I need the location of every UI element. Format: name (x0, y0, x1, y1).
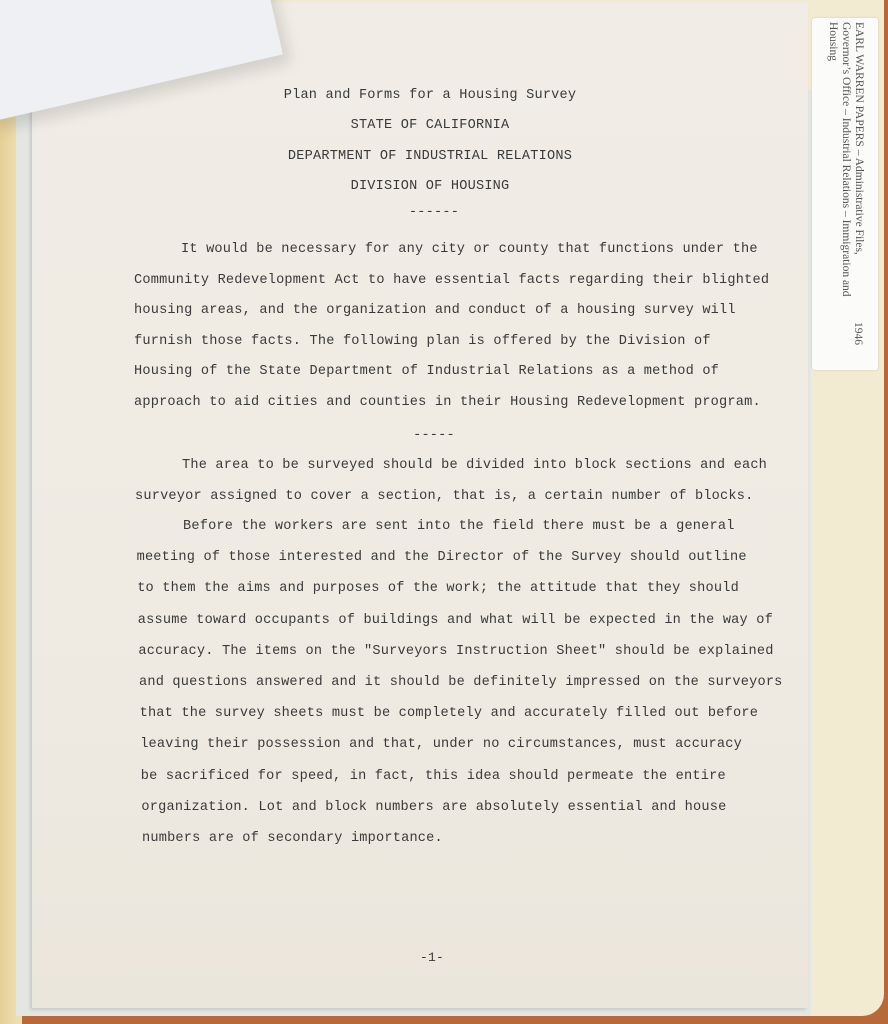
text-line: The area to be surveyed should be divide… (182, 458, 767, 473)
text-line: leaving their possession and that, under… (140, 737, 742, 752)
text-line: approach to aid cities and counties in t… (134, 395, 761, 410)
archive-id: F3640:2296 (865, 22, 888, 78)
text-line: Community Redevelopment Act to have esse… (134, 273, 769, 288)
text-line: accuracy. The items on the "Surveyors In… (138, 644, 773, 659)
agency-line-state: STATE OF CALIFORNIA (0, 118, 860, 133)
page-number: -1- (420, 950, 444, 965)
separator: ------ (4, 205, 864, 220)
document-title: Plan and Forms for a Housing Survey (0, 88, 860, 103)
text-line: Housing of the State Department of Indus… (134, 364, 719, 379)
text-line: to them the aims and purposes of the wor… (137, 581, 739, 596)
text-line: numbers are of secondary importance. (142, 831, 443, 846)
text-line: furnish those facts. The following plan … (134, 334, 711, 349)
text-line: surveyor assigned to cover a section, th… (135, 489, 753, 504)
text-line: Before the workers are sent into the fie… (183, 519, 735, 534)
text-line: that the survey sheets must be completel… (140, 706, 758, 721)
text-line: be sacrificed for speed, in fact, this i… (141, 769, 726, 784)
text-line: meeting of those interested and the Dire… (137, 550, 747, 565)
text-line: organization. Lot and block numbers are … (141, 800, 726, 815)
agency-line-division: DIVISION OF HOUSING (0, 179, 860, 194)
text-line: assume toward occupants of buildings and… (138, 613, 773, 628)
text-line: and questions answered and it should be … (139, 675, 783, 690)
text-line: It would be necessary for any city or co… (181, 242, 758, 257)
separator: ----- (4, 428, 864, 443)
agency-line-department: DEPARTMENT OF INDUSTRIAL RELATIONS (0, 149, 860, 164)
archive-year: 1946 (852, 322, 864, 345)
text-line: housing areas, and the organization and … (134, 303, 736, 318)
